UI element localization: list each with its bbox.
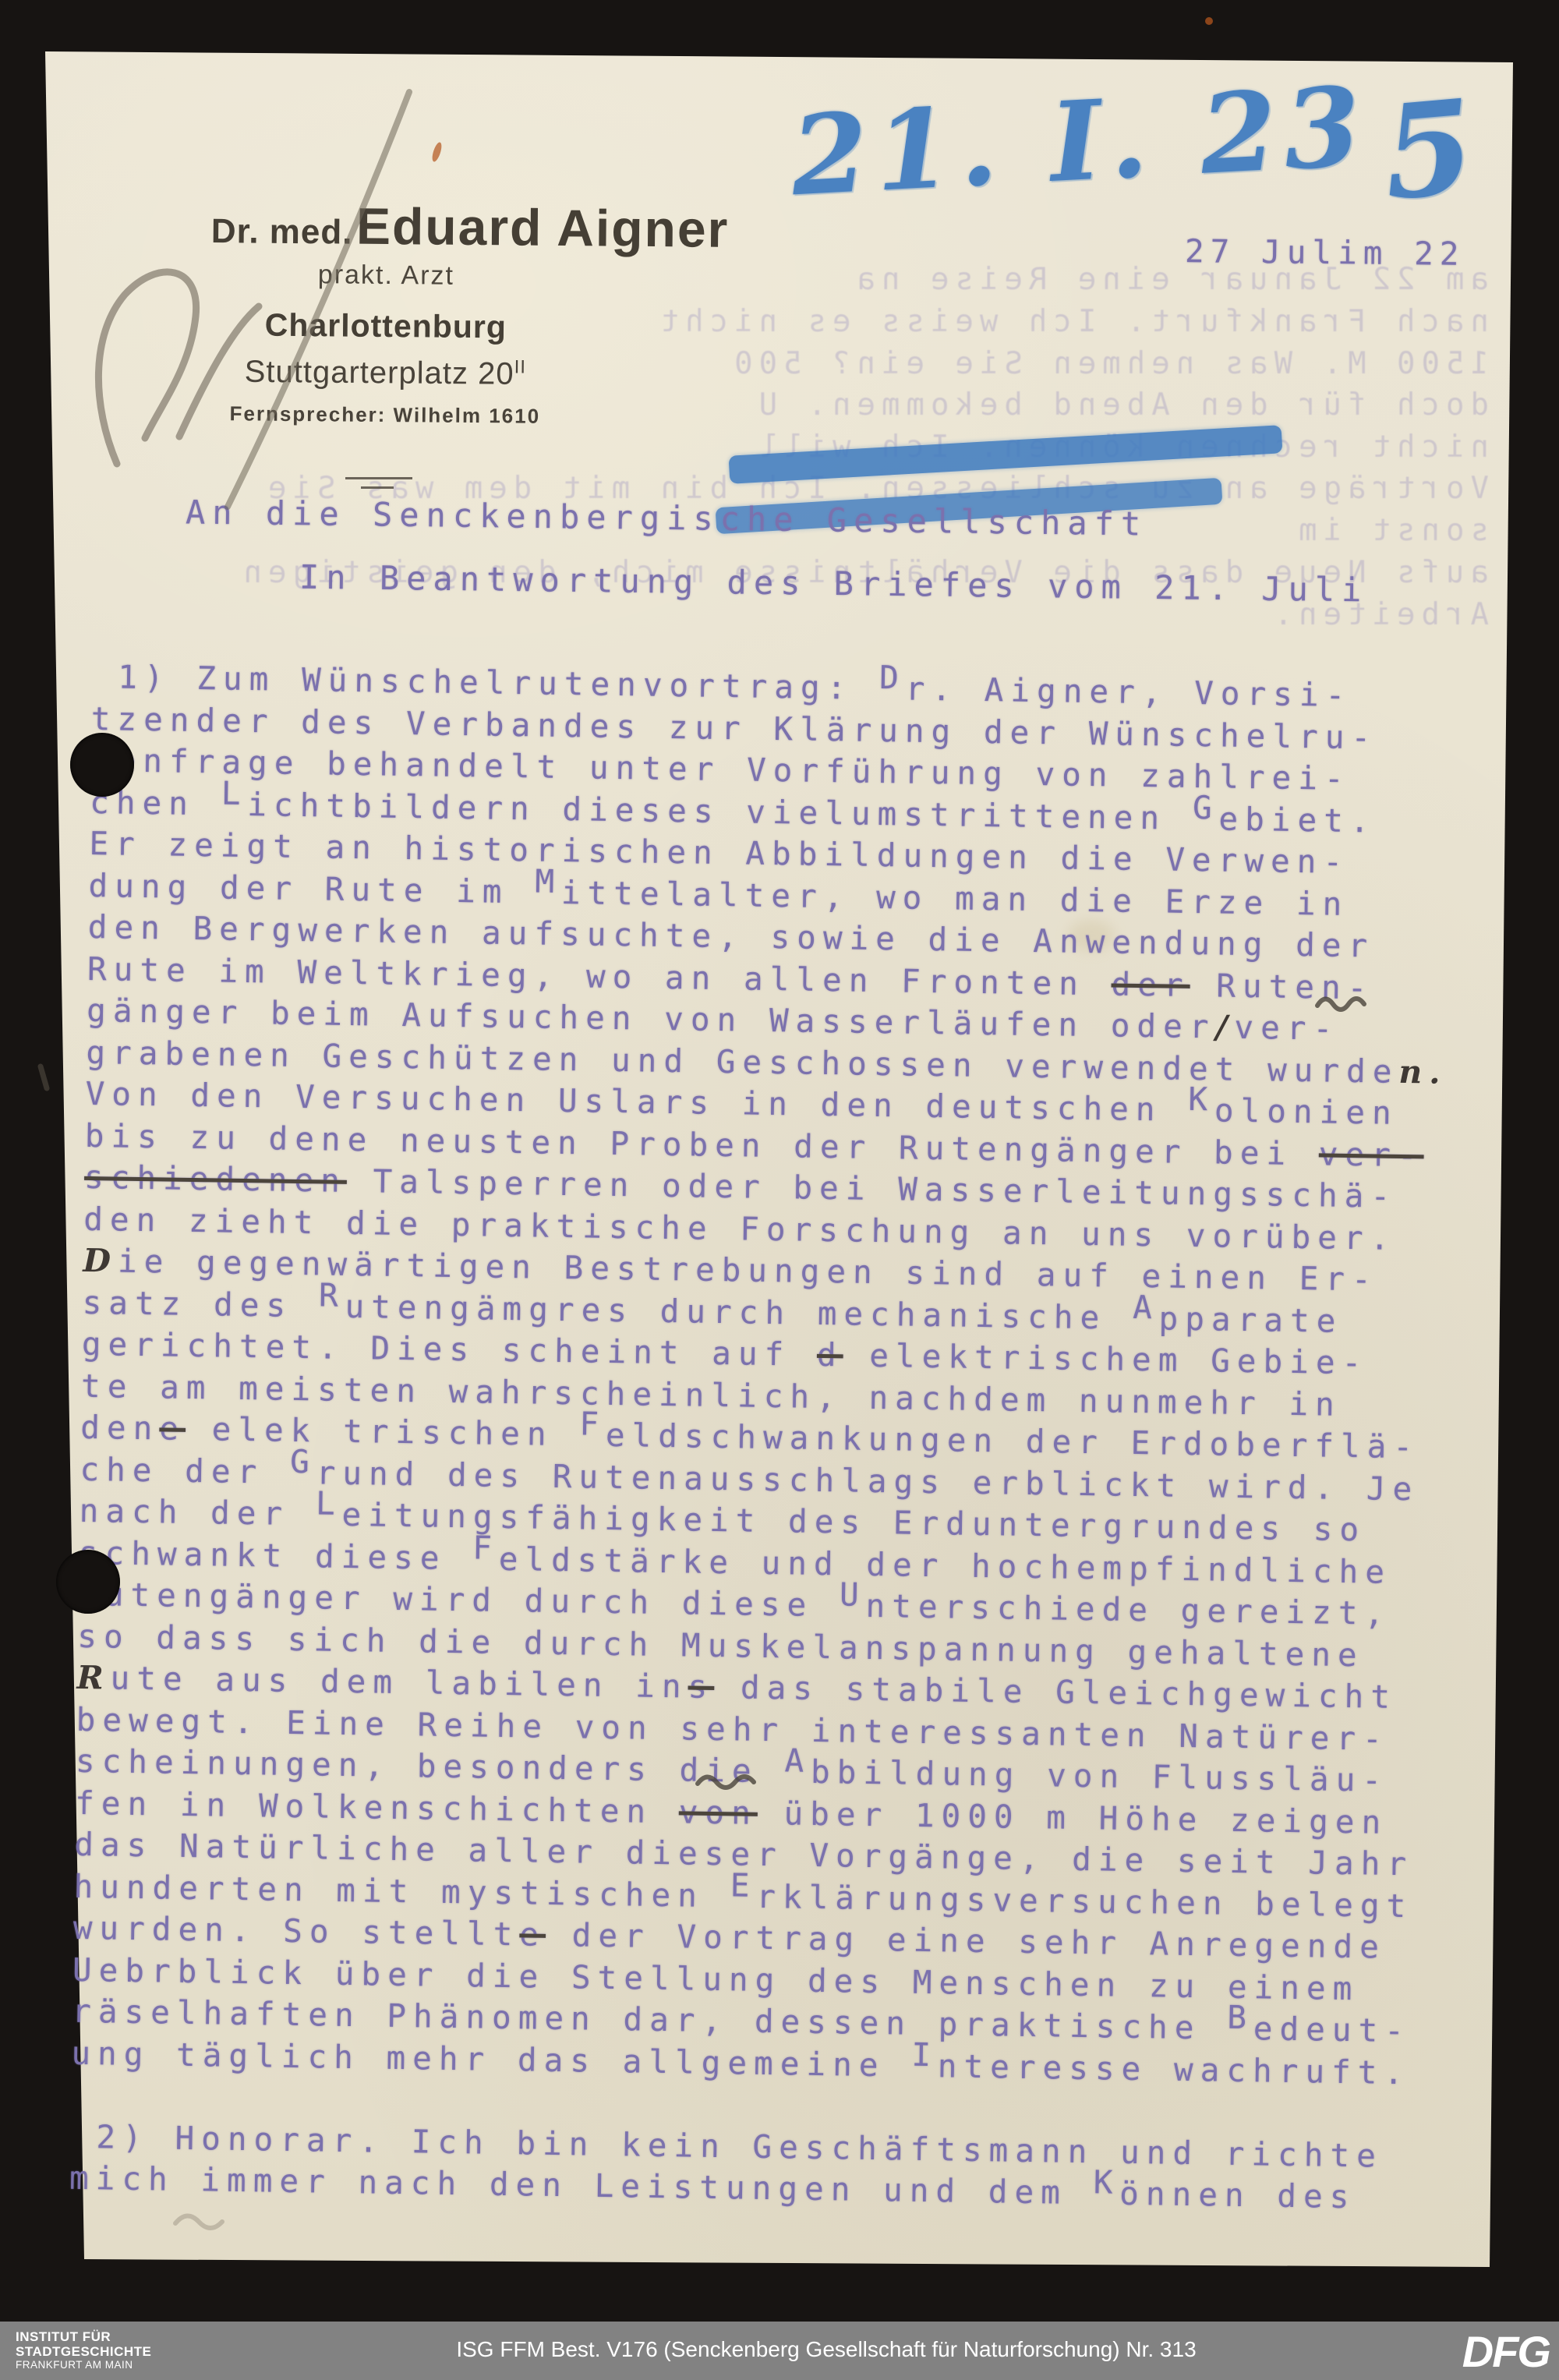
- letterhead-profession: prakt. Arzt: [117, 258, 655, 293]
- institution-line3: FRANKFURT AM MAIN: [16, 2359, 151, 2371]
- letterhead-name: Eduard Aigner: [356, 197, 730, 258]
- body-text: 1) Zum Wünschelrutenvortrag: Dr. Aigner,…: [69, 656, 1511, 2220]
- letterhead-phone: Fernsprecher: Wilhelm 1610: [116, 401, 654, 430]
- bleedthrough-line: doch für den Abend bekommen. U: [753, 387, 1489, 423]
- institution-line2: STADTGESCHICHTE: [16, 2344, 151, 2359]
- archive-reference: ISG FFM Best. V176 (Senckenberg Gesellsc…: [456, 2337, 1196, 2362]
- letterhead-name-row: Dr. med. Eduard Aigner: [211, 195, 656, 258]
- letterhead: Dr. med. Eduard Aigner prakt. Arzt Charl…: [116, 194, 656, 430]
- hole-punch-bottom: [56, 1550, 120, 1614]
- institution-line1: INSTITUT FÜR: [16, 2329, 151, 2344]
- letterhead-street: Stuttgarterplatz 20II: [116, 353, 654, 393]
- letterhead-rule: [345, 477, 412, 479]
- archive-footer: INSTITUT FÜR STADTGESCHICHTE FRANKFURT A…: [0, 2322, 1559, 2380]
- archive-institution: INSTITUT FÜR STADTGESCHICHTE FRANKFURT A…: [16, 2329, 151, 2371]
- letterhead-city: Charlottenburg: [117, 306, 655, 347]
- hole-punch-top: [70, 733, 134, 797]
- bleedthrough-line: sonst im: [1292, 513, 1489, 548]
- dfg-logo: DFG: [1462, 2326, 1550, 2377]
- letterhead-rule: [361, 486, 394, 489]
- bleedthrough-line: nach Frankfurt. Ich weiss es nicht: [655, 304, 1489, 339]
- bleedthrough-line: 1500 M. Was nehmen Sie ein? 500: [728, 346, 1489, 381]
- document-scan: am 22 Januar eine Reise nanach Frankfurt…: [0, 0, 1559, 2380]
- letterhead-title: Dr. med.: [211, 212, 353, 252]
- page-number-stamp: 5: [1377, 70, 1479, 228]
- typed-date: 27 Julim 22: [1185, 232, 1465, 273]
- stain-speck: [1205, 17, 1213, 25]
